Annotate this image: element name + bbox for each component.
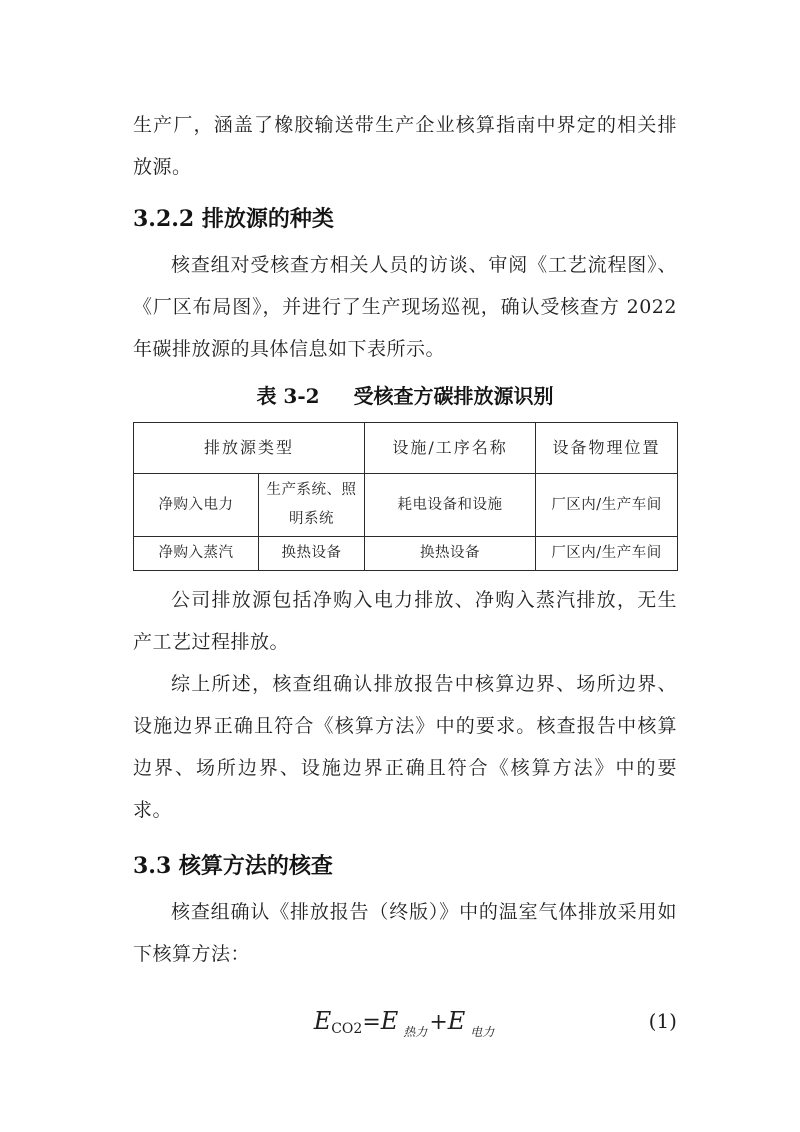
table-row-electricity: 净购入电力 生产系统、照明系统 耗电设备和设施 厂区内/生产车间	[134, 474, 678, 537]
paragraph-continuation: 生产厂，涵盖了橡胶输送带生产企业核算指南中界定的相关排放源。	[133, 104, 677, 188]
table-cell: 厂区内/生产车间	[536, 537, 678, 571]
table-cell: 净购入电力	[134, 474, 259, 537]
co2-emission-formula: ECO2=E热力+E电力	[314, 999, 497, 1054]
table-caption: 表 3-2受核查方碳排放源识别	[133, 382, 677, 410]
document-page: 生产厂，涵盖了橡胶输送带生产企业核算指南中界定的相关排放源。 3.2.2 排放源…	[0, 0, 800, 1132]
formula-lhs-base: E	[314, 1007, 332, 1035]
formula-block: ECO2=E热力+E电力 (1)	[133, 999, 677, 1043]
table-caption-title: 受核查方碳排放源识别	[354, 384, 554, 408]
table-cell: 厂区内/生产车间	[536, 474, 678, 537]
paragraph-accounting-method: 核查组确认《排放报告（终版）》中的温室气体排放采用如下核算方法：	[133, 891, 677, 975]
table-header-row: 排放源类型 设施/工序名称 设备物理位置	[134, 423, 678, 474]
emission-sources-table: 排放源类型 设施/工序名称 设备物理位置 净购入电力 生产系统、照明系统 耗电设…	[133, 422, 678, 571]
table-caption-label: 表 3-2	[256, 384, 319, 408]
formula-lhs-subscript: CO2	[331, 1021, 362, 1037]
header-equipment-physical-location: 设备物理位置	[536, 423, 678, 474]
table-row-steam: 净购入蒸汽 换热设备 换热设备 厂区内/生产车间	[134, 537, 678, 571]
table-cell: 生产系统、照明系统	[259, 474, 365, 537]
table-cell: 耗电设备和设施	[365, 474, 536, 537]
table-cell: 净购入蒸汽	[134, 537, 259, 571]
formula-equals-sign: =	[362, 1010, 380, 1035]
paragraph-emission-source-identification: 核查组对受核查方相关人员的访谈、审阅《工艺流程图》、《厂区布局图》，并进行了生产…	[133, 244, 677, 370]
formula-term1-subscript: 热力	[403, 1025, 427, 1039]
table-cell: 换热设备	[259, 537, 365, 571]
heading-3-3: 3.3 核算方法的核查	[133, 851, 677, 881]
paragraph-boundary-summary: 综上所述，核查组确认排放报告中核算边界、场所边界、设施边界正确且符合《核算方法》…	[133, 663, 677, 831]
formula-term2-base: E	[448, 1007, 466, 1035]
paragraph-company-emission-sources: 公司排放源包括净购入电力排放、净购入蒸汽排放，无生产工艺过程排放。	[133, 579, 677, 663]
table-cell: 换热设备	[365, 537, 536, 571]
equation-number: (1)	[649, 999, 677, 1043]
heading-3-2-2: 3.2.2 排放源的种类	[133, 204, 677, 234]
formula-plus-sign: +	[429, 1010, 447, 1035]
formula-term2-subscript: 电力	[470, 1025, 494, 1039]
header-emission-source-type: 排放源类型	[134, 423, 365, 474]
formula-term1-base: E	[381, 1007, 399, 1035]
header-facility-process-name: 设施/工序名称	[365, 423, 536, 474]
